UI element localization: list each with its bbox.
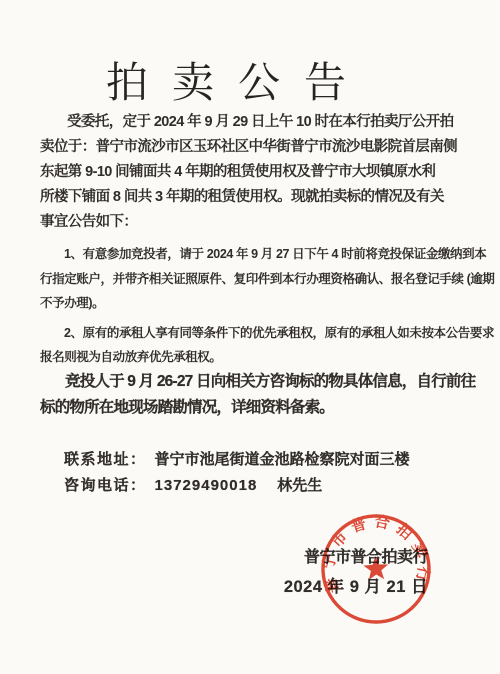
contact-address-value: 普宁市池尾街道金池路检察院对面三楼 [155,451,410,468]
paragraph-line: 卖位于：普宁市流沙市区玉环社区中华街普宁市流沙电影院首层南侧 [40,135,470,160]
inspection-notice-paragraph: 竞投人于 9 月 26-27 日向相关方咨询标的物具体信息，自行前往 标的物所在… [40,369,470,420]
star-icon [363,555,389,580]
contact-address-label: 联系地址： [64,451,147,468]
paragraph-line: 竞投人于 9 月 26-27 日向相关方咨询标的物具体信息，自行前往 [40,369,470,395]
paragraph-line: 2、原有的承租人享有同等条件下的优先承租权，原有的承租人如未按本公告要求 [40,321,470,345]
auction-notice-document: 拍卖公告 受委托，定于 2024 年 9 月 29 日上午 10 时在本行拍卖厅… [0,0,500,674]
paragraph-line: 东起第 9-10 间铺面共 4 年期的租赁使用权及普宁市大坝镇原水利 [40,160,470,185]
paragraph-line: 事宜公告如下： [40,210,470,235]
contact-phone-label: 咨询电话： [64,477,147,494]
paragraph-line: 标的物所在地现场踏勘情况，详细资料备索。 [40,395,470,421]
contact-phone-number: 13729490018 [155,477,258,494]
terms-item-2: 2、原有的承租人享有同等条件下的优先承租权，原有的承租人如未按本公告要求 报名则… [40,321,470,369]
paragraph-line: 所楼下铺面 8 间共 3 年期的租赁使用权。现就拍卖标的情况及有关 [40,185,470,210]
paragraph-line: 行指定账户，并带齐相关证照原件、复印件到本行办理资格确认、报名登记手续 (逾期 [40,267,470,292]
paragraph-line: 报名则视为自动放弃优先承租权。 [40,345,470,369]
paragraph-line: 受委托，定于 2024 年 9 月 29 日上午 10 时在本行拍卖厅公开拍 [40,110,470,135]
paragraph-line: 不予办理)。 [40,291,470,316]
paragraph-line: 1、有意参加竞投者，请于 2024 年 9 月 27 日下午 4 时前将竞投保证… [40,242,470,267]
contact-person-name: 林先生 [277,477,322,494]
stamp-arc-text: 普宁市普合拍卖行 [316,509,434,595]
contact-address-row: 联系地址：普宁市池尾街道金池路检察院对面三楼 [64,447,410,473]
terms-item-1: 1、有意参加竞投者，请于 2024 年 9 月 27 日下午 4 时前将竞投保证… [40,242,470,316]
official-seal-stamp: 普宁市普合拍卖行 [315,508,437,630]
intro-paragraph: 受委托，定于 2024 年 9 月 29 日上午 10 时在本行拍卖厅公开拍 卖… [40,110,470,235]
contact-block: 联系地址：普宁市池尾街道金池路检察院对面三楼 咨询电话：13729490018林… [64,447,410,499]
page-title: 拍卖公告 [0,50,488,110]
contact-phone-row: 咨询电话：13729490018林先生 [64,473,410,499]
